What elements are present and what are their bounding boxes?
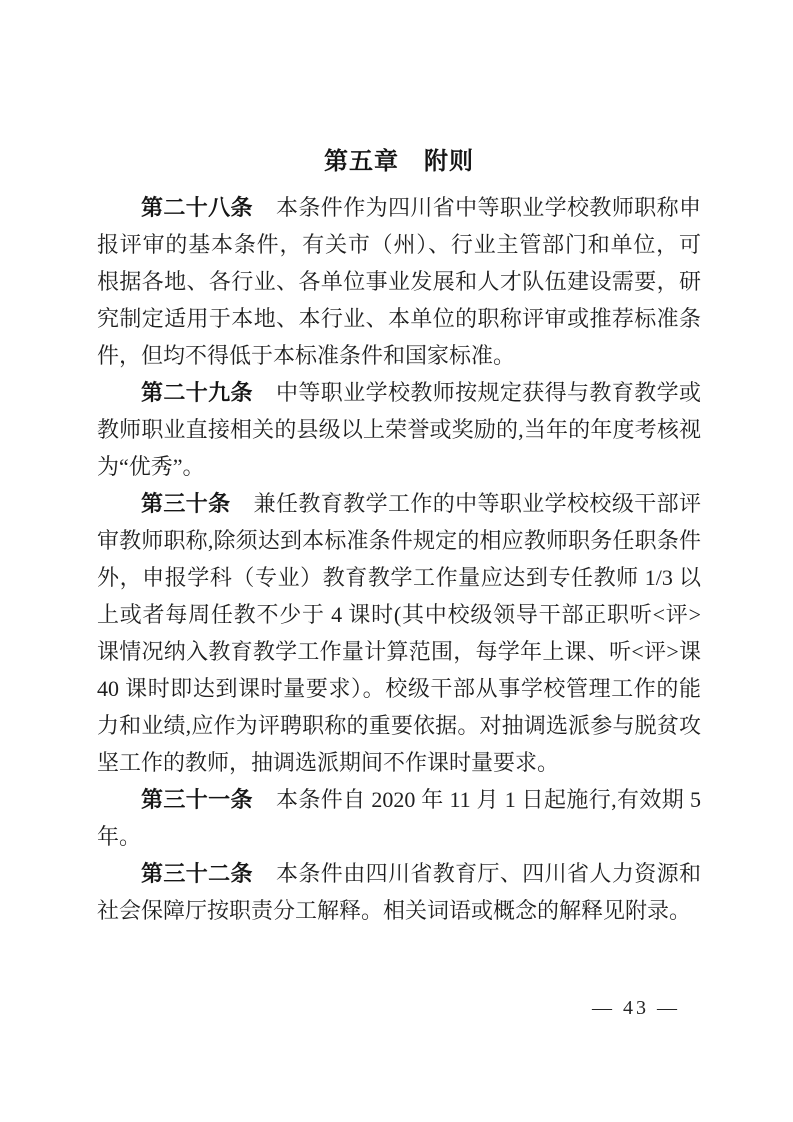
article-30-text: 兼任教育教学工作的中等职业学校校级干部评审教师职称,除须达到本标准条件规定的相应… [97,491,701,775]
article-31-paragraph: 第三十一条本条件自 2020 年 11 月 1 日起施行,有效期 5 年。 [97,781,701,855]
article-28-paragraph: 第二十八条本条件作为四川省中等职业学校教师职称申报评审的基本条件，有关市（州）、… [97,189,701,374]
article-28-label: 第二十八条 [141,195,253,220]
chapter-title: 第五章 附则 [97,147,701,176]
article-30-label: 第三十条 [141,491,231,516]
article-32-label: 第三十二条 [141,861,253,886]
article-29-label: 第二十九条 [141,380,253,405]
article-32-paragraph: 第三十二条本条件由四川省教育厅、四川省人力资源和社会保障厅按职责分工解释。相关词… [97,855,701,929]
article-29-paragraph: 第二十九条中等职业学校教师按规定获得与教育教学或教师职业直接相关的县级以上荣誉或… [97,374,701,485]
article-31-label: 第三十一条 [141,787,253,812]
page-number: — 43 — [592,996,680,1020]
document-content: 第五章 附则 第二十八条本条件作为四川省中等职业学校教师职称申报评审的基本条件，… [97,147,701,929]
document-page: 第五章 附则 第二十八条本条件作为四川省中等职业学校教师职称申报评审的基本条件，… [0,0,793,1122]
article-28-text: 本条件作为四川省中等职业学校教师职称申报评审的基本条件，有关市（州）、行业主管部… [97,195,701,368]
article-30-paragraph: 第三十条兼任教育教学工作的中等职业学校校级干部评审教师职称,除须达到本标准条件规… [97,485,701,781]
